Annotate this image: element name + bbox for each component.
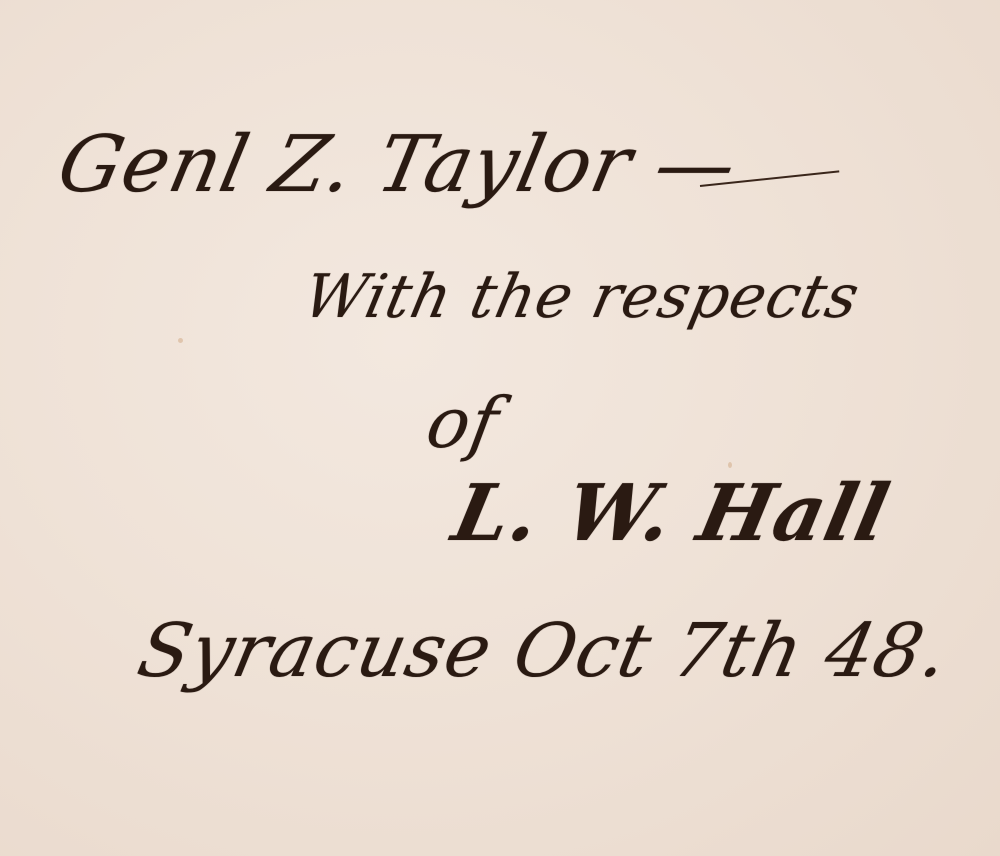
date-place-line: Syracuse Oct 7th 48. bbox=[131, 608, 957, 694]
addressee-line: Genl Z. Taylor — bbox=[50, 120, 745, 210]
dedication-line: With the respects bbox=[298, 262, 866, 332]
paper-spot bbox=[178, 338, 183, 343]
inscription-page: Genl Z. Taylor — With the respects of L.… bbox=[0, 0, 1000, 856]
of-line: of bbox=[421, 382, 506, 464]
signature-line: L. W. Hall bbox=[445, 468, 897, 559]
